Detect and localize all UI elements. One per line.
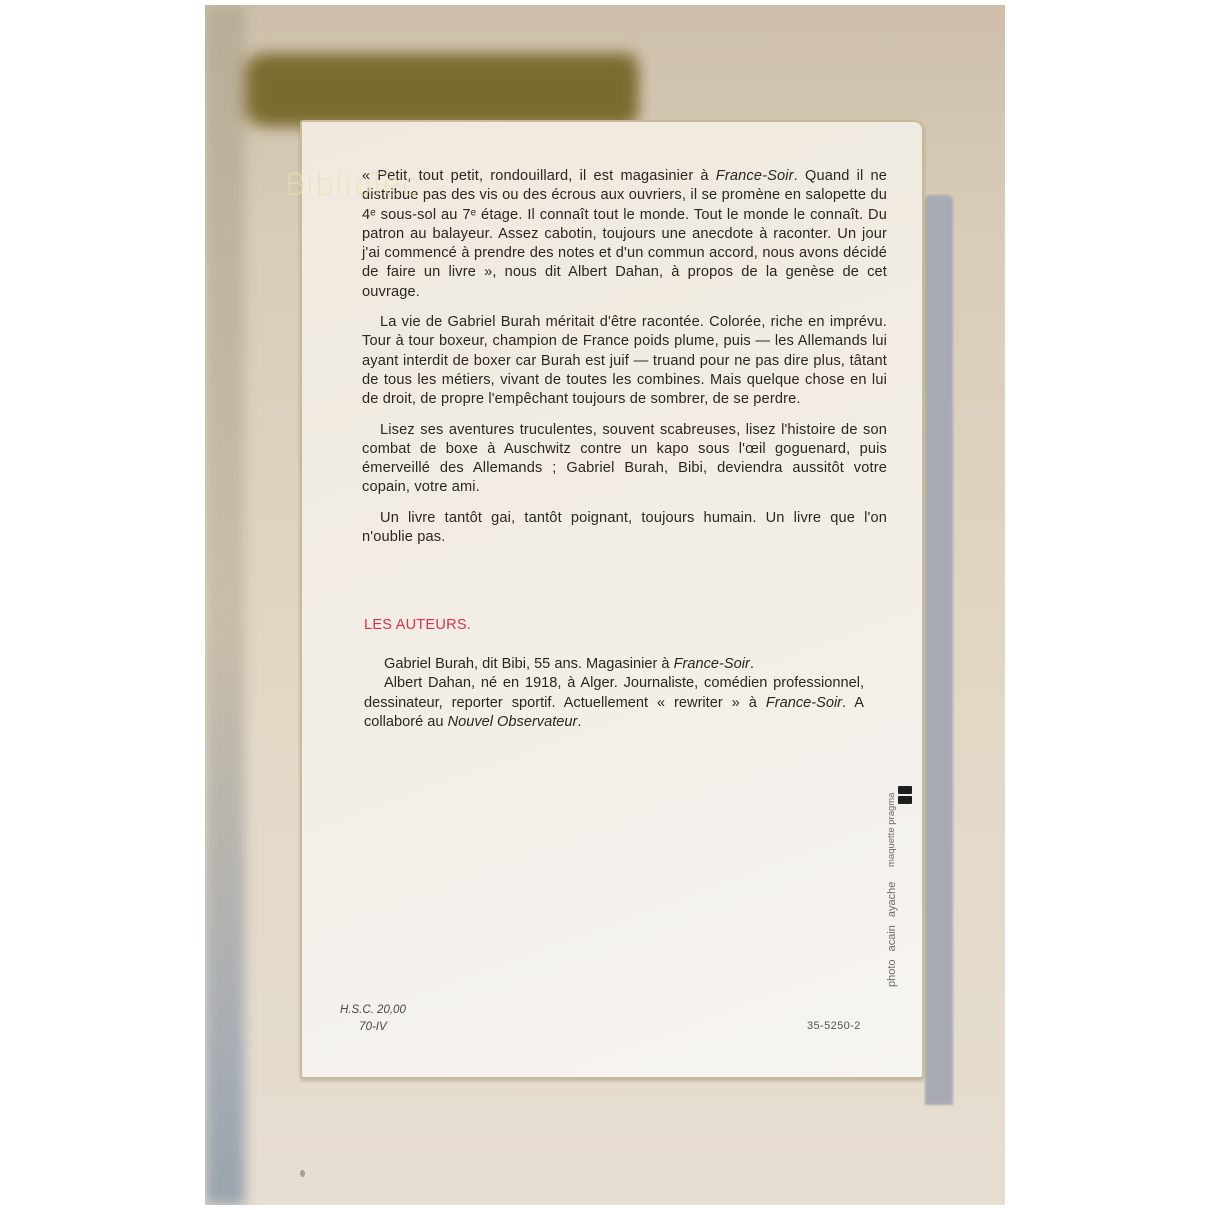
author-2: Albert Dahan, né en 1918, à Alger. Journ… [364, 674, 864, 732]
author-text: Gabriel Burah, dit Bibi, 55 ans. Magasin… [384, 656, 674, 672]
newspaper-name: France-Soir [716, 168, 794, 184]
book-spine-shadow [925, 195, 953, 1105]
newspaper-name: France-Soir [674, 656, 750, 672]
newspaper-name: France-Soir [766, 695, 842, 711]
author-text: . [577, 714, 581, 730]
blurb-paragraph-1: « Petit, tout petit, rondouillard, il es… [362, 167, 887, 302]
author-1: Gabriel Burah, dit Bibi, 55 ans. Magasin… [364, 655, 864, 674]
series-code: 70-IV [340, 1019, 406, 1036]
surface-speck [300, 1170, 305, 1177]
blurb-text: . Quand il ne distribue pas des vis ou d… [362, 168, 887, 300]
price-code: H.S.C. 20,00 70-IV [340, 1002, 406, 1036]
blurb: « Petit, tout petit, rondouillard, il es… [362, 167, 887, 558]
magazine-name: Nouvel Observateur [448, 714, 578, 730]
blurb-paragraph-4: Un livre tantôt gai, tantôt poignant, to… [362, 509, 887, 548]
watermark-logo: BiblioTec [285, 168, 419, 203]
catalog-number: 35-5250-2 [807, 1020, 861, 1032]
publisher-credit: maquette pragma [887, 787, 897, 867]
price-line: H.S.C. 20,00 [340, 1002, 406, 1019]
photo-credit: photo acain ayache [887, 877, 897, 987]
book-back-cover: « Petit, tout petit, rondouillard, il es… [300, 120, 924, 1079]
book-backing-shadow [245, 60, 635, 120]
author-text: . [750, 656, 754, 672]
authors-section: Gabriel Burah, dit Bibi, 55 ans. Magasin… [364, 655, 864, 732]
pragma-logo-icon [898, 786, 912, 804]
blurb-paragraph-3: Lisez ses aventures truculentes, souvent… [362, 421, 887, 498]
blurb-paragraph-2: La vie de Gabriel Burah méritait d'être … [362, 313, 887, 409]
authors-heading: LES AUTEURS. [364, 617, 471, 633]
